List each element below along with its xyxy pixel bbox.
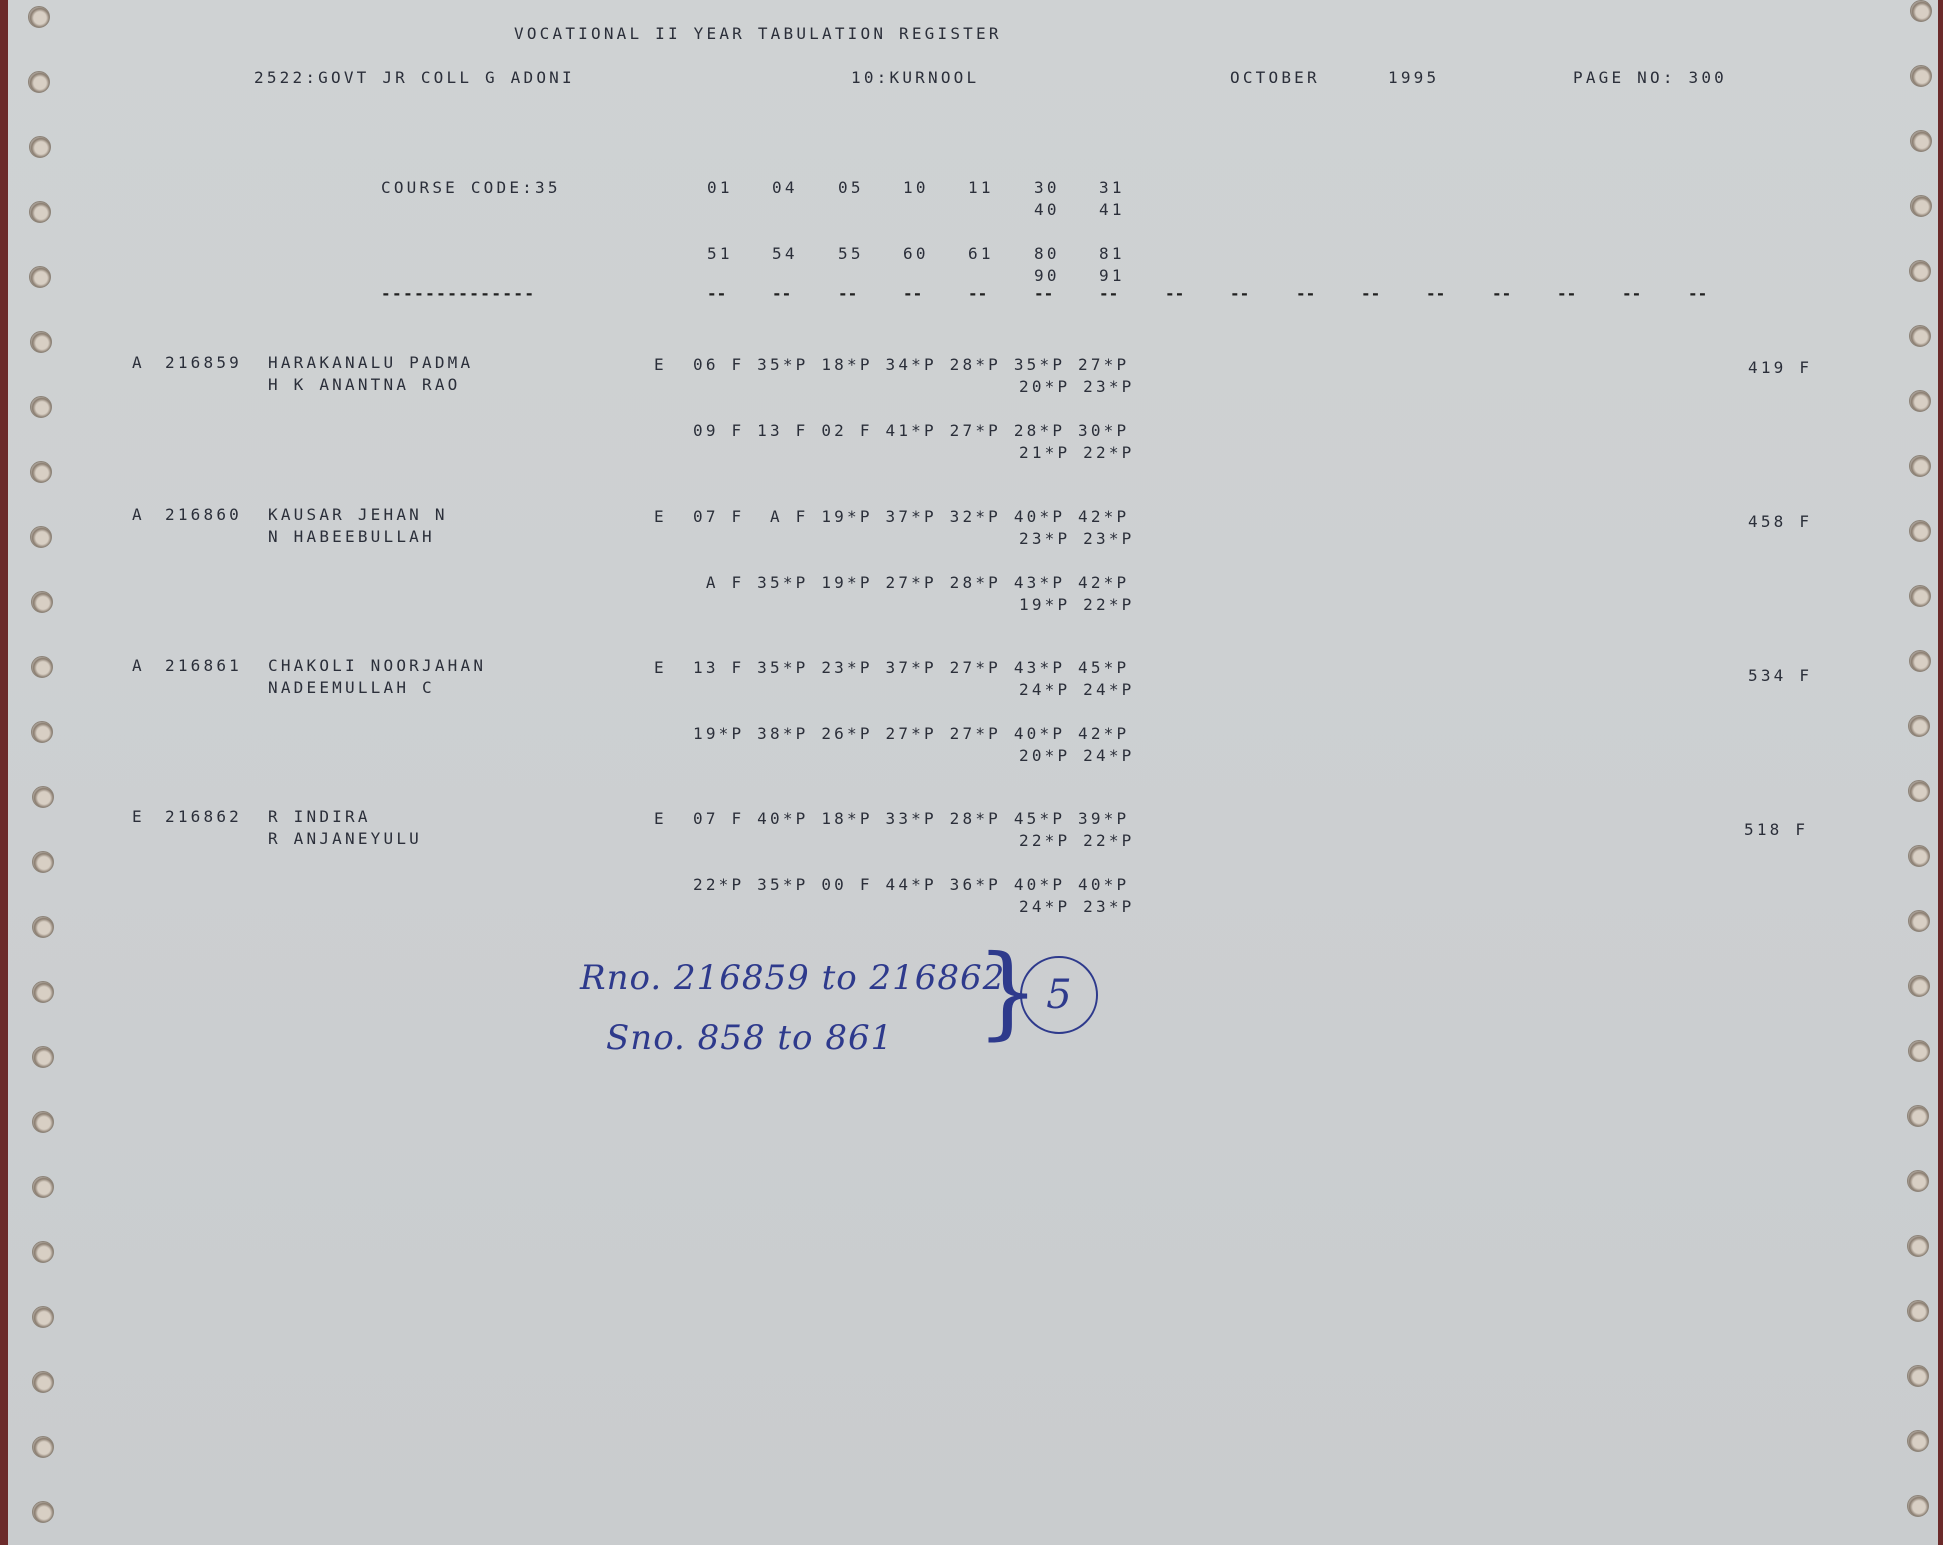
- total-result: 518 F: [1744, 820, 1808, 840]
- feed-hole: [29, 136, 51, 158]
- tabulation-sheet: VOCATIONAL II YEAR TABULATION REGISTER 2…: [8, 0, 1938, 1545]
- subject-code: 91: [1099, 266, 1125, 286]
- column-divider: --: [1557, 284, 1576, 303]
- subject-code: 30: [1034, 178, 1060, 198]
- column-divider: --: [1361, 284, 1380, 303]
- subject-code: 05: [838, 178, 864, 198]
- name-column-divider: --------------: [381, 284, 535, 303]
- feed-hole: [31, 591, 53, 613]
- column-divider: --: [1688, 284, 1707, 303]
- circled-count: 5: [1020, 956, 1098, 1034]
- marks-line-1b: 24*P 24*P: [1019, 680, 1135, 700]
- feed-hole: [32, 1111, 54, 1133]
- feed-hole: [32, 786, 54, 808]
- feed-hole: [32, 916, 54, 938]
- feed-hole: [1907, 1170, 1929, 1192]
- column-divider: --: [1622, 284, 1641, 303]
- feed-hole: [1910, 0, 1932, 22]
- column-divider: --: [772, 284, 791, 303]
- student-name: CHAKOLI NOORJAHAN: [268, 656, 486, 676]
- feed-hole: [1909, 390, 1931, 412]
- student-name: KAUSAR JEHAN N: [268, 505, 448, 525]
- marks-line-1: 06 F 35*P 18*P 34*P 28*P 35*P 27*P: [693, 355, 1129, 375]
- handwritten-roll-range: Rno. 216859 to 216862: [580, 958, 1005, 998]
- medium: E: [654, 658, 667, 678]
- tractor-feed-holes-left: [20, 0, 60, 1545]
- feed-hole: [32, 1501, 54, 1523]
- column-divider: --: [1230, 284, 1249, 303]
- marks-line-2b: 24*P 23*P: [1019, 897, 1135, 917]
- page-number: PAGE NO: 300: [1573, 68, 1727, 88]
- tractor-feed-holes-right: [1898, 0, 1938, 1545]
- feed-hole: [32, 1176, 54, 1198]
- subject-code: 10: [903, 178, 929, 198]
- total-result: 419 F: [1748, 358, 1812, 378]
- marks-line-1b: 22*P 22*P: [1019, 831, 1135, 851]
- feed-hole: [1907, 1365, 1929, 1387]
- subject-code: 81: [1099, 244, 1125, 264]
- feed-hole: [30, 331, 52, 353]
- subject-code: 80: [1034, 244, 1060, 264]
- course-code: COURSE CODE:35: [381, 178, 561, 198]
- student-name: HARAKANALU PADMA: [268, 353, 473, 373]
- feed-hole: [32, 981, 54, 1003]
- column-divider: --: [1165, 284, 1184, 303]
- feed-hole: [31, 721, 53, 743]
- feed-hole: [30, 526, 52, 548]
- subject-code: 51: [707, 244, 733, 264]
- feed-hole: [1908, 910, 1930, 932]
- exam-year: 1995: [1388, 68, 1439, 88]
- column-divider: --: [1492, 284, 1511, 303]
- feed-hole: [32, 851, 54, 873]
- exam-month: OCTOBER: [1230, 68, 1320, 88]
- column-divider: --: [1099, 284, 1118, 303]
- column-divider: --: [1296, 284, 1315, 303]
- feed-hole: [1907, 1300, 1929, 1322]
- register-title: VOCATIONAL II YEAR TABULATION REGISTER: [514, 24, 1002, 44]
- feed-hole: [32, 1046, 54, 1068]
- marks-line-1b: 23*P 23*P: [1019, 529, 1135, 549]
- father-name: NADEEMULLAH C: [268, 678, 435, 698]
- feed-hole: [30, 396, 52, 418]
- feed-hole: [32, 1371, 54, 1393]
- marks-line-1: 13 F 35*P 23*P 37*P 27*P 43*P 45*P: [693, 658, 1129, 678]
- feed-hole: [29, 201, 51, 223]
- feed-hole: [28, 71, 50, 93]
- category: A: [132, 656, 145, 676]
- feed-hole: [1908, 845, 1930, 867]
- marks-line-2b: 19*P 22*P: [1019, 595, 1135, 615]
- feed-hole: [1910, 65, 1932, 87]
- column-divider: --: [968, 284, 987, 303]
- feed-hole: [31, 656, 53, 678]
- subject-code: 54: [772, 244, 798, 264]
- column-divider: --: [838, 284, 857, 303]
- column-divider: --: [1034, 284, 1053, 303]
- handwritten-serial-range: Sno. 858 to 861: [606, 1018, 893, 1058]
- roll-number: 216861: [165, 656, 242, 676]
- marks-line-1: 07 F 40*P 18*P 33*P 28*P 45*P 39*P: [693, 809, 1129, 829]
- feed-hole: [1908, 715, 1930, 737]
- medium: E: [654, 809, 667, 829]
- marks-line-2: 22*P 35*P 00 F 44*P 36*P 40*P 40*P: [693, 875, 1129, 895]
- feed-hole: [1909, 260, 1931, 282]
- subject-code: 40: [1034, 200, 1060, 220]
- marks-line-2: 19*P 38*P 26*P 27*P 27*P 40*P 42*P: [693, 724, 1129, 744]
- column-divider: --: [903, 284, 922, 303]
- subject-code: 31: [1099, 178, 1125, 198]
- feed-hole: [32, 1241, 54, 1263]
- feed-hole: [1909, 455, 1931, 477]
- subject-code: 60: [903, 244, 929, 264]
- subject-code: 11: [968, 178, 994, 198]
- feed-hole: [1910, 130, 1932, 152]
- feed-hole: [1907, 1430, 1929, 1452]
- father-name: N HABEEBULLAH: [268, 527, 435, 547]
- column-divider: --: [707, 284, 726, 303]
- roll-number: 216862: [165, 807, 242, 827]
- total-result: 458 F: [1748, 512, 1812, 532]
- subject-code: 04: [772, 178, 798, 198]
- feed-hole: [30, 461, 52, 483]
- category: A: [132, 505, 145, 525]
- college-name: 2522:GOVT JR COLL G ADONI: [254, 68, 575, 88]
- feed-hole: [1908, 1040, 1930, 1062]
- marks-line-1b: 20*P 23*P: [1019, 377, 1135, 397]
- feed-hole: [1910, 195, 1932, 217]
- category: A: [132, 353, 145, 373]
- feed-hole: [1907, 1105, 1929, 1127]
- subject-code: 41: [1099, 200, 1125, 220]
- category: E: [132, 807, 145, 827]
- roll-number: 216859: [165, 353, 242, 373]
- feed-hole: [1907, 1495, 1929, 1517]
- feed-hole: [28, 6, 50, 28]
- district-name: 10:KURNOOL: [851, 68, 979, 88]
- subject-code: 90: [1034, 266, 1060, 286]
- feed-hole: [1908, 780, 1930, 802]
- feed-hole: [1909, 520, 1931, 542]
- feed-hole: [1908, 975, 1930, 997]
- feed-hole: [1907, 1235, 1929, 1257]
- column-divider: --: [1426, 284, 1445, 303]
- marks-line-2b: 21*P 22*P: [1019, 443, 1135, 463]
- medium: E: [654, 507, 667, 527]
- subject-code: 61: [968, 244, 994, 264]
- marks-line-1: 07 F A F 19*P 37*P 32*P 40*P 42*P: [693, 507, 1129, 527]
- feed-hole: [1909, 650, 1931, 672]
- father-name: R ANJANEYULU: [268, 829, 422, 849]
- father-name: H K ANANTNA RAO: [268, 375, 461, 395]
- student-name: R INDIRA: [268, 807, 371, 827]
- feed-hole: [32, 1436, 54, 1458]
- marks-line-2: 09 F 13 F 02 F 41*P 27*P 28*P 30*P: [693, 421, 1129, 441]
- feed-hole: [29, 266, 51, 288]
- feed-hole: [32, 1306, 54, 1328]
- subject-code: 01: [707, 178, 733, 198]
- roll-number: 216860: [165, 505, 242, 525]
- marks-line-2b: 20*P 24*P: [1019, 746, 1135, 766]
- total-result: 534 F: [1748, 666, 1812, 686]
- subject-code: 55: [838, 244, 864, 264]
- feed-hole: [1909, 585, 1931, 607]
- feed-hole: [1909, 325, 1931, 347]
- medium: E: [654, 355, 667, 375]
- marks-line-2: A F 35*P 19*P 27*P 28*P 43*P 42*P: [693, 573, 1129, 593]
